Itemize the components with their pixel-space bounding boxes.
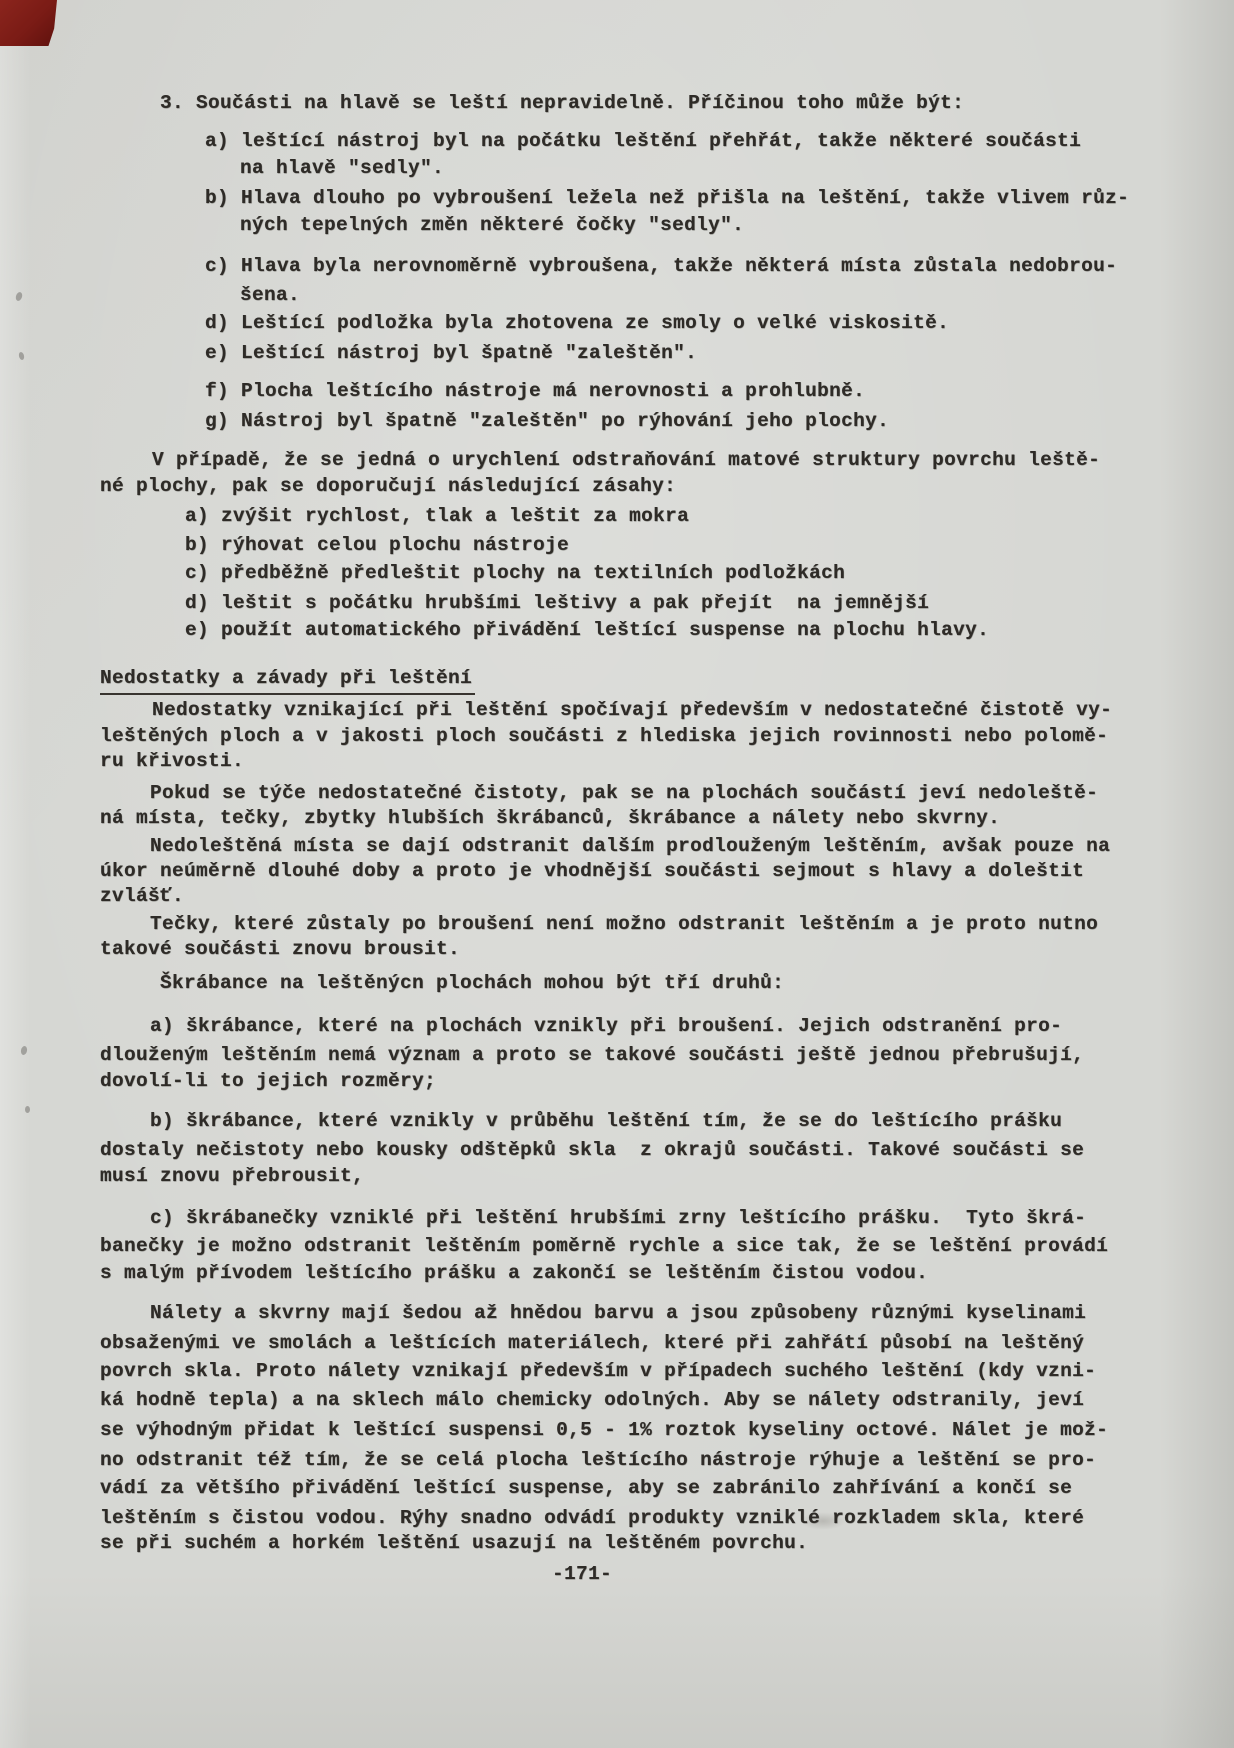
paragraph-line: ru křivosti. <box>100 748 244 774</box>
sublist-item-c: c) předběžně předleštit plochy na textil… <box>185 560 845 586</box>
paragraph-line: zvlášť. <box>100 883 184 909</box>
sublist-item-b: b) rýhovat celou plochu nástroje <box>185 532 569 558</box>
paragraph-line: leštěných ploch a v jakosti ploch součás… <box>100 723 1108 749</box>
sublist2-item-c: c) škrábanečky vzniklé při leštění hrubš… <box>150 1205 1086 1231</box>
paragraph-line: Nedoleštěná místa se dají odstranit dalš… <box>150 833 1110 859</box>
paragraph-line: Nedostatky vznikající při leštění spočív… <box>152 697 1112 723</box>
sublist2-item-b: b) škrábance, které vznikly v průběhu le… <box>150 1108 1062 1134</box>
section-heading: Nedostatky a závady při leštění <box>100 665 475 695</box>
paragraph-line: se při suchém a horkém leštění usazují n… <box>100 1530 808 1556</box>
paragraph-line: né plochy, pak se doporučují následující… <box>100 473 676 499</box>
paragraph-line: Pokud se týče nedostatečné čistoty, pak … <box>150 780 1098 806</box>
paragraph-line: Škrábance na leštěnýcn plochách mohou bý… <box>160 970 784 996</box>
paragraph-line: Nálety a skvrny mají šedou až hnědou bar… <box>150 1300 1086 1326</box>
list-item-d: d) Leštící podložka byla zhotovena ze sm… <box>205 310 949 336</box>
list-item-e: e) Leštící nástroj byl špatně "zaleštěn"… <box>205 340 697 366</box>
scan-speck <box>18 351 25 360</box>
paragraph-line: ká hodně tepla) a na sklech málo chemick… <box>100 1387 1084 1413</box>
paragraph-line: dlouženým leštěním nemá význam a proto s… <box>100 1042 1084 1068</box>
paragraph-line: ná místa, tečky, zbytky hlubších škrában… <box>100 805 1000 831</box>
list-item-b-cont: ných tepelných změn některé čočky "sedly… <box>240 212 744 238</box>
scan-speck <box>20 1045 28 1055</box>
scan-speck <box>25 1106 30 1113</box>
paragraph-line: Tečky, které zůstaly po broušení není mo… <box>150 911 1098 937</box>
sublist-item-e: e) použít automatického přivádění leštíc… <box>185 617 989 643</box>
paragraph-line: obsaženými ve smolách a leštících materi… <box>100 1330 1084 1356</box>
paragraph-line: banečky je možno odstranit leštěním pomě… <box>100 1233 1108 1259</box>
page-number: -171- <box>552 1563 612 1585</box>
paragraph-line: dovolí-li to jejich rozměry; <box>100 1068 436 1094</box>
paragraph-line: V případě, že se jedná o urychlení odstr… <box>152 447 1100 473</box>
paragraph-line: se výhodným přidat k leštící suspensi 0,… <box>100 1417 1108 1443</box>
sublist-item-d: d) leštit s počátku hrubšími leštivy a p… <box>185 590 929 616</box>
paragraph-line: povrch skla. Proto nálety vznikají přede… <box>100 1358 1096 1384</box>
list-item-a-cont: na hlavě "sedly". <box>240 155 444 181</box>
scan-speck <box>15 291 24 302</box>
list-item-a: a) leštící nástroj byl na počátku leštěn… <box>205 128 1081 154</box>
red-corner-artifact <box>0 0 57 46</box>
paragraph-line: úkor neúměrně dlouhé doby a proto je vho… <box>100 858 1084 884</box>
list-item-c-cont: šena. <box>240 282 300 308</box>
list-item-b: b) Hlava dlouho po vybroušení ležela než… <box>205 185 1129 211</box>
paragraph-line: takové součásti znovu brousit. <box>100 936 460 962</box>
paragraph-line: musí znovu přebrousit, <box>100 1163 364 1189</box>
paragraph-line: vádí za většího přivádění leštící suspen… <box>100 1475 1072 1501</box>
paragraph-line: dostaly nečistoty nebo kousky odštěpků s… <box>100 1137 1084 1163</box>
numbered-item-3: 3. Součásti na hlavě se leští nepravidel… <box>160 90 964 116</box>
paragraph-line: no odstranit též tím, že se celá plocha … <box>100 1447 1096 1473</box>
sublist-item-a: a) zvýšit rychlost, tlak a leštit za mok… <box>185 503 689 529</box>
list-item-g: g) Nástroj byl špatně "zaleštěn" po rýho… <box>205 408 889 434</box>
list-item-f: f) Plocha leštícího nástroje má nerovnos… <box>205 378 865 404</box>
scanned-page: 3. Součásti na hlavě se leští nepravidel… <box>0 0 1234 1748</box>
paragraph-line: leštěním s čistou vodou. Rýhy snadno odv… <box>100 1505 1084 1531</box>
paragraph-line: s malým přívodem leštícího prášku a zako… <box>100 1260 928 1286</box>
sublist2-item-a: a) škrábance, které na plochách vznikly … <box>150 1013 1062 1039</box>
list-item-c: c) Hlava byla nerovnoměrně vybroušena, t… <box>205 253 1117 279</box>
